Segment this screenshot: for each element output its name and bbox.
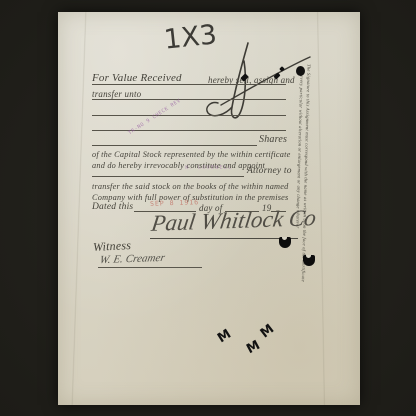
shares-label: Shares: [259, 134, 287, 145]
witness-line: [98, 267, 202, 268]
fill-line: [92, 84, 286, 85]
fill-line: [92, 145, 257, 146]
attorney-label: Attorney to: [247, 166, 292, 176]
fill-line: [92, 99, 286, 100]
fill-line: [92, 130, 286, 131]
form-body2: and do hereby irrevocably constitute and…: [92, 161, 265, 170]
name-stamp: W. LOVEWELL: [185, 165, 232, 171]
date-stamp: SEP 8 1916: [150, 198, 199, 208]
witness-signature: W. E. Creamer: [99, 252, 166, 266]
signature-line: [150, 238, 298, 239]
form-line2-label: transfer unto: [92, 89, 141, 99]
form-line1-prefix: For Value Received: [92, 72, 182, 84]
fill-line: [92, 176, 244, 177]
certificate-back-paper: 1X3 For Value Received hereby sell, assi…: [58, 12, 360, 405]
form-body1: of the Capital Stock represented by the …: [92, 150, 291, 159]
fill-line: [92, 115, 286, 116]
form-body3: transfer the said stock on the books of …: [92, 182, 288, 191]
ink-blot: [296, 66, 305, 76]
dated-prefix: Dated this: [92, 202, 133, 212]
